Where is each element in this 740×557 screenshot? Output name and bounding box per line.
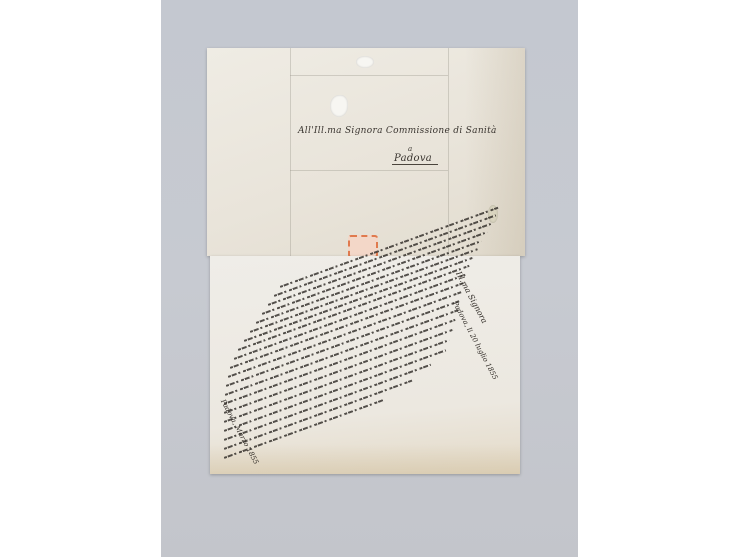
seal-hole [330,95,348,117]
seal-hole [356,56,374,68]
address-line-2: a [408,145,412,153]
handwritten-text-block [220,270,510,470]
fold-line [290,170,448,171]
address-line-1: All'Ill.ma Signora Commissione di Sanità [298,126,497,136]
fold-line [290,75,448,76]
fold-line [290,48,291,256]
envelope-sheet [207,48,525,256]
address-underline [392,164,438,165]
address-line-3: Padova [394,153,432,164]
